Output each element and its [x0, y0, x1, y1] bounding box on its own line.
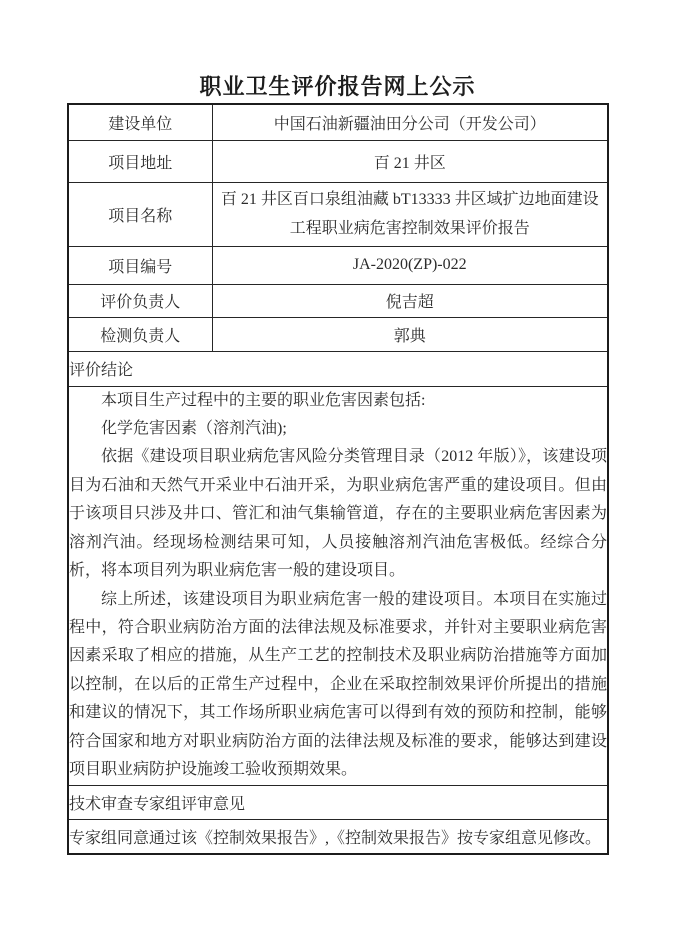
conclusion-paragraph: 化学危害因素（溶剂汽油);	[69, 415, 607, 443]
row-value-construction-unit: 中国石油新疆油田分公司（开发公司）	[212, 104, 608, 140]
table-row-expert-opinion: 专家组同意通过该《控制效果报告》,《控制效果报告》按专家组意见修改。	[68, 819, 608, 854]
table-row-project-address: 项目地址 百 21 井区	[68, 140, 608, 182]
table-row-conclusion-header: 评价结论	[68, 351, 608, 386]
expert-review-header: 技术审查专家组评审意见	[68, 785, 608, 819]
row-value-testing-leader: 郭典	[212, 317, 608, 351]
conclusion-header: 评价结论	[68, 351, 608, 386]
project-name-line-2: 工程职业病危害控制效果评价报告	[213, 214, 608, 243]
table-row-project-name: 项目名称 百 21 井区百口泉组油藏 bT13333 井区域扩边地面建设 工程职…	[68, 182, 608, 246]
row-value-project-number: JA-2020(ZP)-022	[212, 246, 608, 284]
row-label-construction-unit: 建设单位	[68, 104, 212, 140]
conclusion-paragraph: 综上所述，该建设项目为职业病危害一般的建设项目。本项目在实施过程中，符合职业病防…	[69, 586, 607, 785]
row-label-testing-leader: 检测负责人	[68, 317, 212, 351]
conclusion-paragraph: 依据《建设项目职业病危害风险分类管理目录（2012 年版）》，该建设项目为石油和…	[69, 443, 607, 585]
table-row-evaluation-leader: 评价负责人 倪吉超	[68, 284, 608, 317]
row-label-evaluation-leader: 评价负责人	[68, 284, 212, 317]
row-value-project-name: 百 21 井区百口泉组油藏 bT13333 井区域扩边地面建设 工程职业病危害控…	[212, 182, 608, 246]
row-label-project-address: 项目地址	[68, 140, 212, 182]
conclusion-body: 本项目生产过程中的主要的职业危害因素包括: 化学危害因素（溶剂汽油); 依据《建…	[68, 386, 608, 785]
table-row-expert-header: 技术审查专家组评审意见	[68, 785, 608, 819]
table-row-testing-leader: 检测负责人 郭典	[68, 317, 608, 351]
project-name-line-1: 百 21 井区百口泉组油藏 bT13333 井区域扩边地面建设	[213, 185, 608, 214]
row-value-project-address: 百 21 井区	[212, 140, 608, 182]
page-title: 职业卫生评价报告网上公示	[0, 70, 675, 101]
table-row-project-number: 项目编号 JA-2020(ZP)-022	[68, 246, 608, 284]
table-row-construction-unit: 建设单位 中国石油新疆油田分公司（开发公司）	[68, 104, 608, 140]
conclusion-paragraph: 本项目生产过程中的主要的职业危害因素包括:	[69, 387, 607, 415]
row-label-project-name: 项目名称	[68, 182, 212, 246]
report-table: 建设单位 中国石油新疆油田分公司（开发公司） 项目地址 百 21 井区 项目名称…	[67, 103, 609, 855]
expert-opinion-text: 专家组同意通过该《控制效果报告》,《控制效果报告》按专家组意见修改。	[68, 819, 608, 854]
table-row-conclusion-body: 本项目生产过程中的主要的职业危害因素包括: 化学危害因素（溶剂汽油); 依据《建…	[68, 386, 608, 785]
row-value-evaluation-leader: 倪吉超	[212, 284, 608, 317]
document-page: 职业卫生评价报告网上公示 建设单位 中国石油新疆油田分公司（开发公司） 项目地址…	[0, 0, 675, 945]
row-label-project-number: 项目编号	[68, 246, 212, 284]
